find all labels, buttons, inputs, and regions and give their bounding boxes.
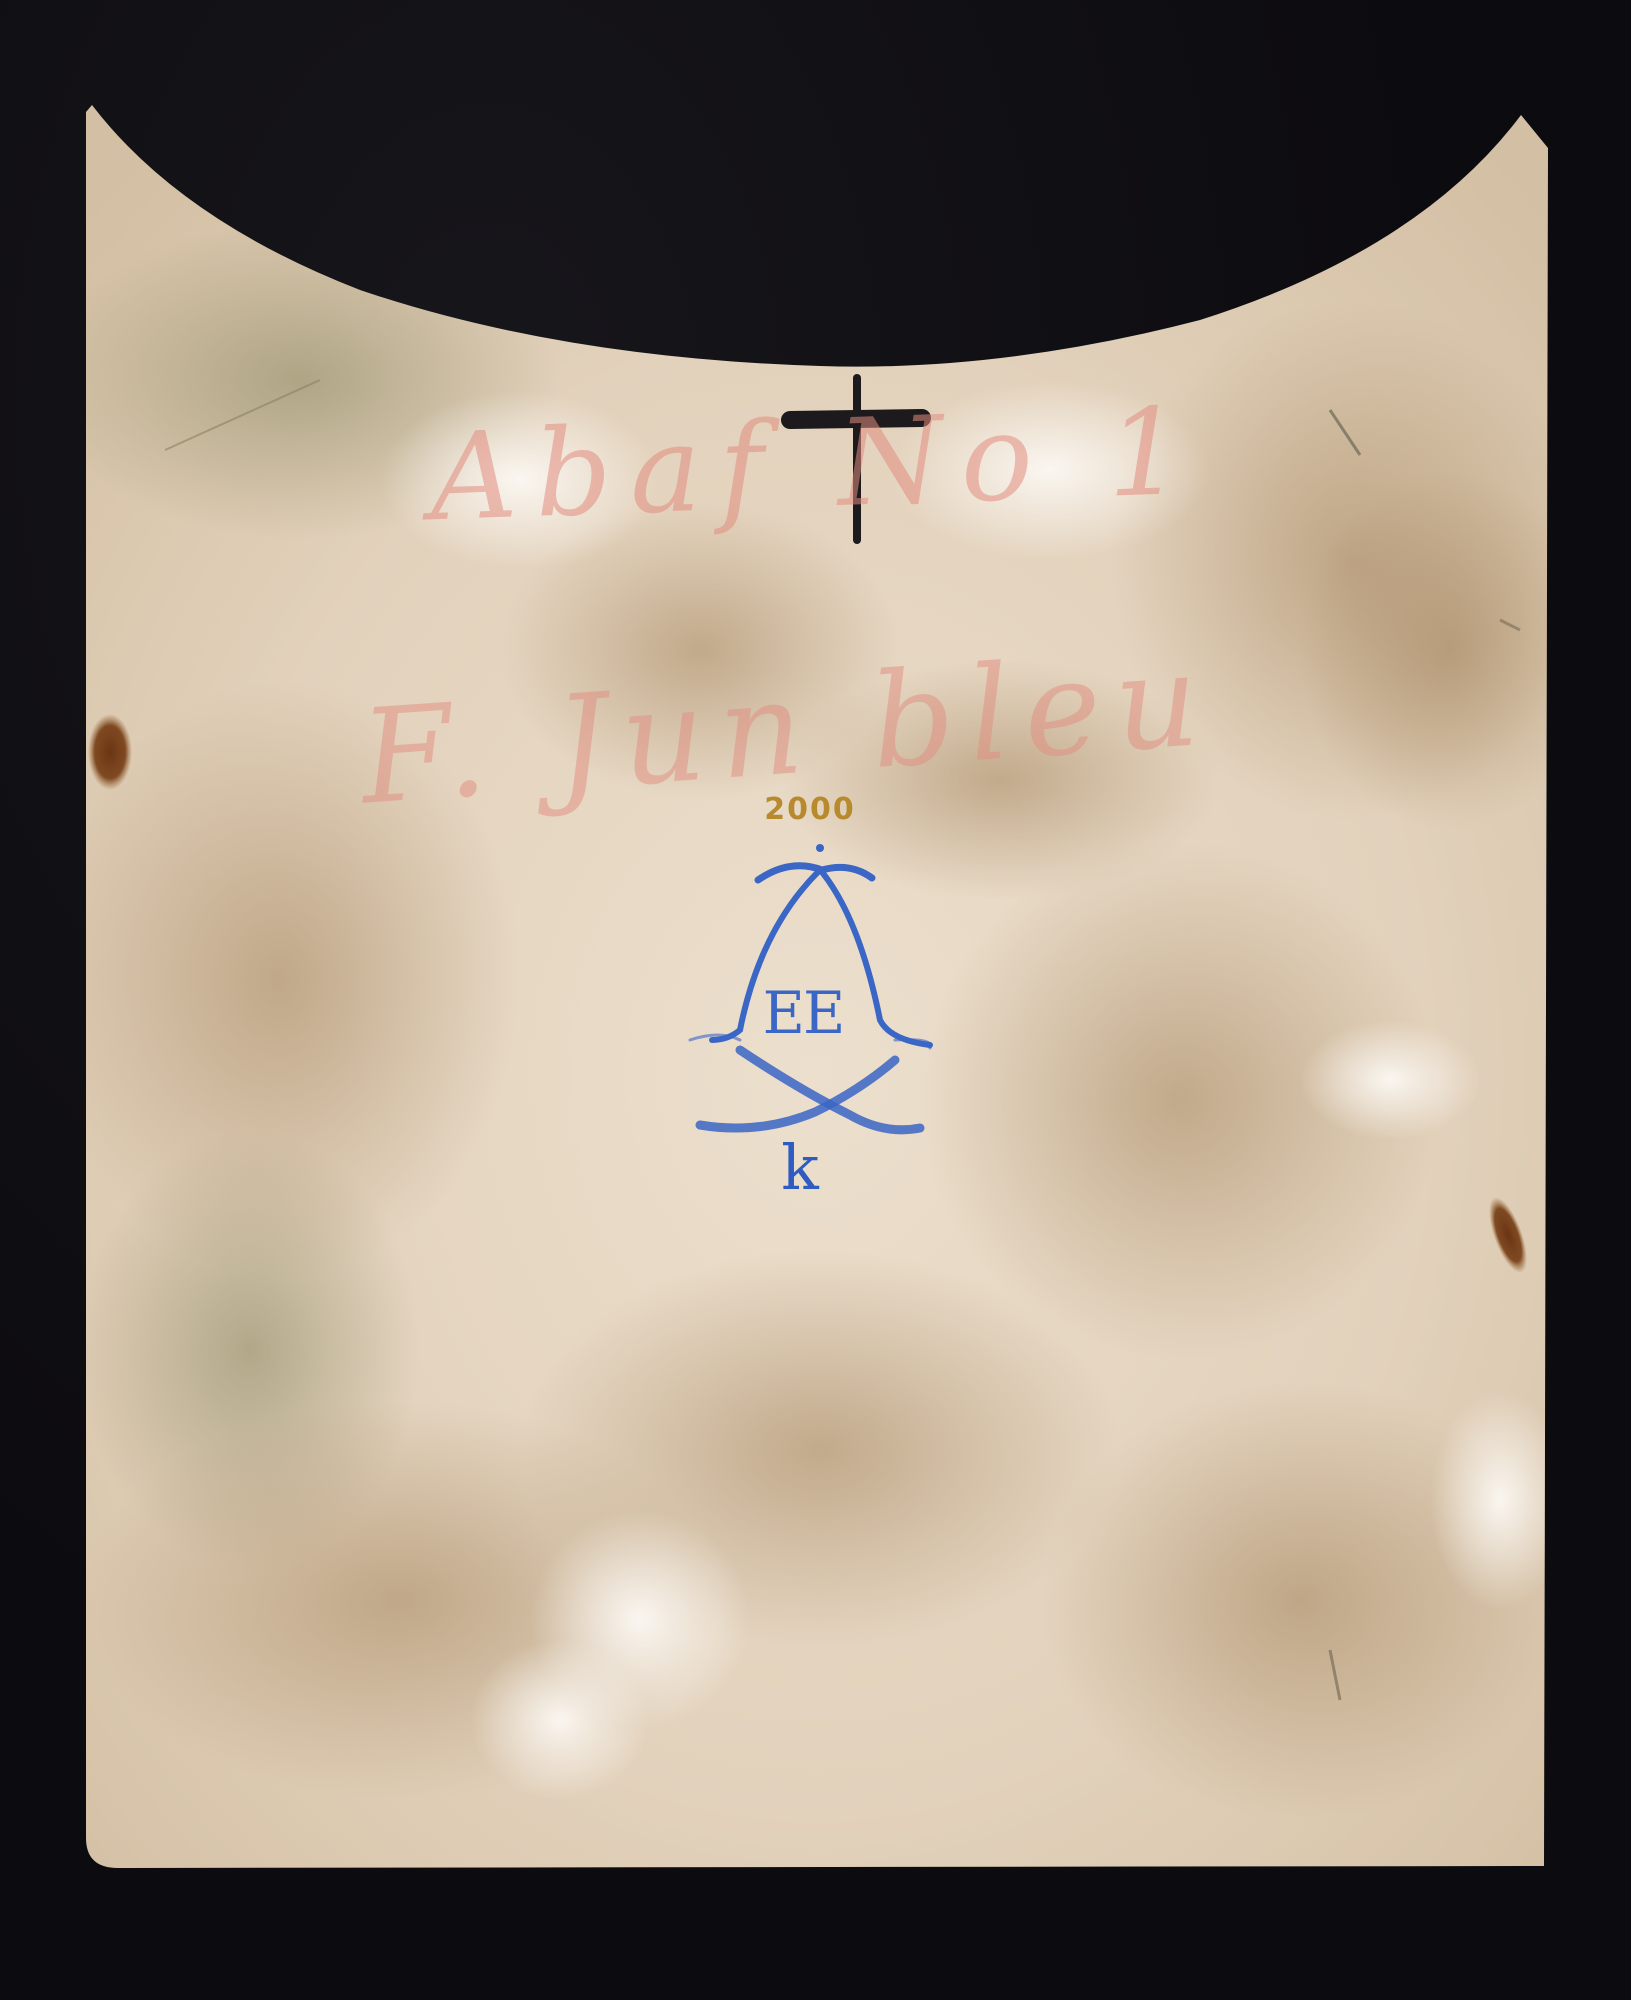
gold-number: 2000 (745, 792, 875, 832)
monogram-letters: EE (748, 978, 858, 1048)
painter-mark: k (770, 1128, 830, 1208)
rust-stain-left (88, 714, 132, 790)
red-inscription-line1: Abaf No 1 (428, 381, 1252, 550)
